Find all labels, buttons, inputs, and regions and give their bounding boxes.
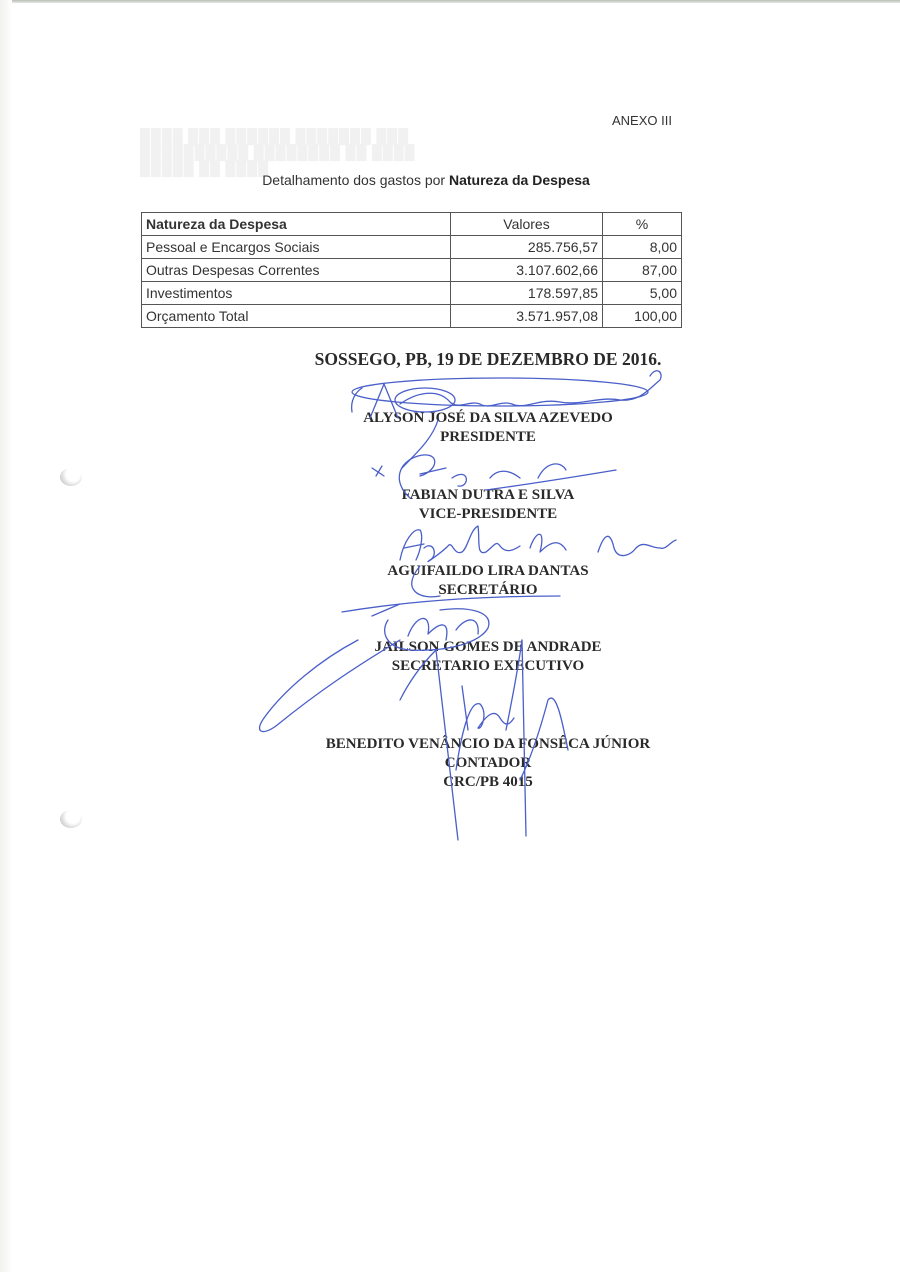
row-percent: 5,00 xyxy=(603,282,682,305)
header-percent: % xyxy=(603,213,682,236)
signatory-name: JAILSON GOMES DE ANDRADE xyxy=(0,638,900,657)
row-value: 178.597,85 xyxy=(451,282,603,305)
row-value: 3.571.957,08 xyxy=(451,305,603,328)
signatory-name: ALYSON JOSÉ DA SILVA AZEVEDO xyxy=(0,409,900,428)
signatory-president: ALYSON JOSÉ DA SILVA AZEVEDO PRESIDENTE xyxy=(0,409,900,447)
handwritten-signatures xyxy=(0,0,900,1272)
table-row: Pessoal e Encargos Sociais 285.756,57 8,… xyxy=(142,236,682,259)
punch-hole-bottom xyxy=(60,810,82,828)
signatory-role: VICE-PRESIDENTE xyxy=(0,505,900,524)
row-label: Outras Despesas Correntes xyxy=(142,259,451,282)
annex-label: ANEXO III xyxy=(612,113,672,128)
header-values: Valores xyxy=(451,213,603,236)
row-percent: 100,00 xyxy=(603,305,682,328)
row-percent: 87,00 xyxy=(603,259,682,282)
place-date: SOSSEGO, PB, 19 DE DEZEMBRO DE 2016. xyxy=(0,349,900,370)
scan-left-edge xyxy=(0,0,12,1272)
signatory-name: BENEDITO VENÂNCIO DA FONSÊCA JÚNIOR xyxy=(0,735,900,754)
signatory-vice-president: FABIAN DUTRA E SILVA VICE-PRESIDENTE xyxy=(0,486,900,524)
table-row-total: Orçamento Total 3.571.957,08 100,00 xyxy=(142,305,682,328)
table-header-row: Natureza da Despesa Valores % xyxy=(142,213,682,236)
row-percent: 8,00 xyxy=(603,236,682,259)
row-label: Investimentos xyxy=(142,282,451,305)
title-bold: Natureza da Despesa xyxy=(449,172,590,188)
signatory-name: FABIAN DUTRA E SILVA xyxy=(0,486,900,505)
signatory-accountant: BENEDITO VENÂNCIO DA FONSÊCA JÚNIOR CONT… xyxy=(0,735,900,792)
expense-table: Natureza da Despesa Valores % Pessoal e … xyxy=(141,212,682,328)
table-row: Outras Despesas Correntes 3.107.602,66 8… xyxy=(142,259,682,282)
signatory-secretary: AGUIFAILDO LIRA DANTAS SECRETÁRIO xyxy=(0,562,900,600)
punch-hole-top xyxy=(60,468,82,486)
bleed-through-text: ████ ███ ██████ ███████ █████████████ ██… xyxy=(140,130,416,178)
scan-top-edge xyxy=(0,0,900,3)
row-value: 285.756,57 xyxy=(451,236,603,259)
row-label: Orçamento Total xyxy=(142,305,451,328)
header-nature: Natureza da Despesa xyxy=(142,213,451,236)
page-title: Detalhamento dos gastos por Natureza da … xyxy=(0,172,900,188)
title-regular: Detalhamento dos gastos por xyxy=(262,172,445,188)
table-row: Investimentos 178.597,85 5,00 xyxy=(142,282,682,305)
signatory-role: SECRETÁRIO xyxy=(0,581,900,600)
signatory-name: AGUIFAILDO LIRA DANTAS xyxy=(0,562,900,581)
signatory-role: CONTADOR xyxy=(0,754,900,773)
signatory-executive-secretary: JAILSON GOMES DE ANDRADE SECRETARIO EXEC… xyxy=(0,638,900,676)
row-label: Pessoal e Encargos Sociais xyxy=(142,236,451,259)
signatory-role: SECRETARIO EXECUTIVO xyxy=(0,657,900,676)
row-value: 3.107.602,66 xyxy=(451,259,603,282)
signatory-registration: CRC/PB 4015 xyxy=(0,773,900,792)
signatory-role: PRESIDENTE xyxy=(0,428,900,447)
